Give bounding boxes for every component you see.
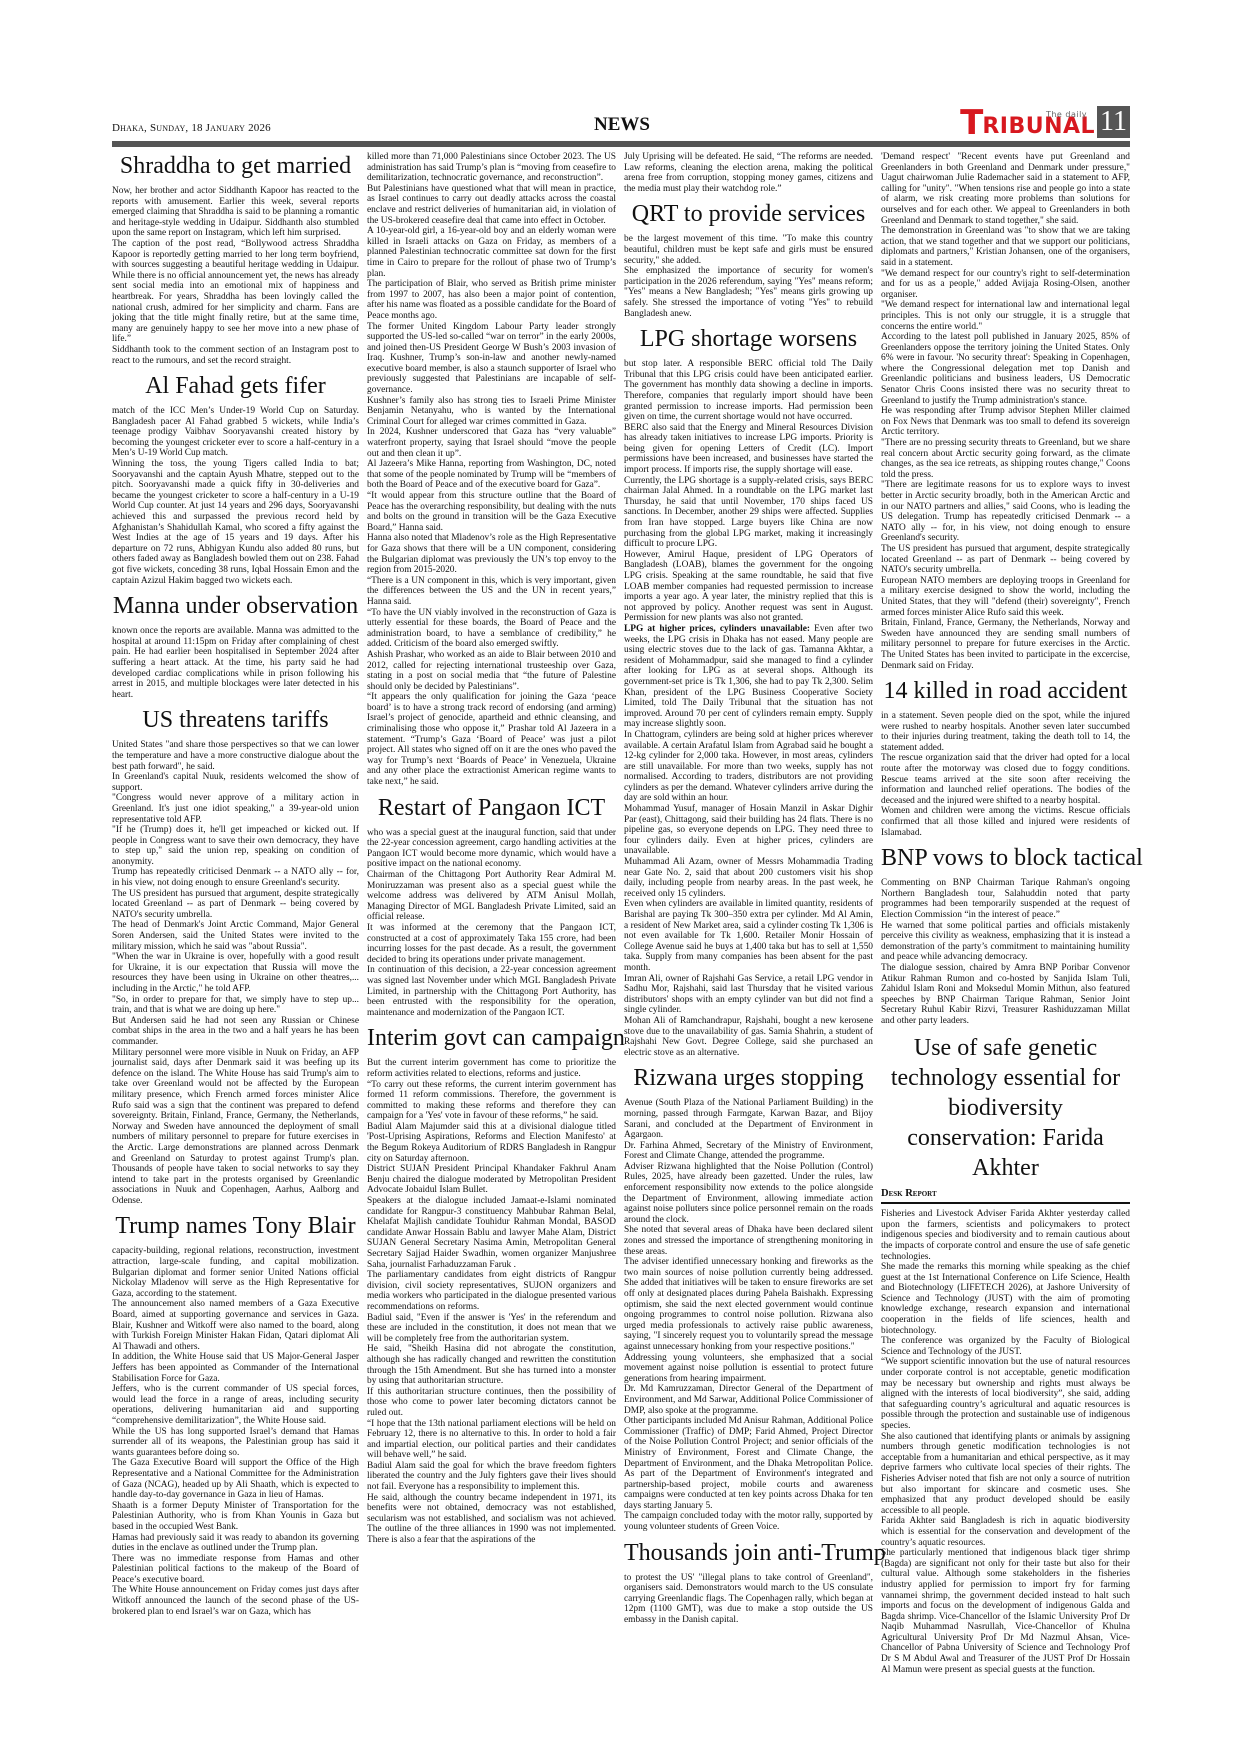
paragraph: The dialogue session, chaired by Amra BN… (881, 963, 1130, 1027)
page-number: 11 (1097, 106, 1130, 138)
paragraph: The caption of the post read, “Bollywood… (112, 239, 359, 345)
logo-tagline: The daily (1046, 104, 1087, 126)
paragraph: to protest the US' "illegal plans to tak… (624, 1573, 873, 1626)
article-body: but stop later. A responsible BERC offic… (624, 359, 873, 624)
paragraph: “To carry out these reforms, the current… (367, 1080, 616, 1122)
paragraph: Speakers at the dialogue included Jamaat… (367, 1196, 616, 1270)
tribunal-logo: T The daily RIBUNAL 11 (960, 104, 1130, 138)
section-title: NEWS (552, 114, 692, 136)
paragraph: Winning the toss, the young Tigers calle… (112, 459, 359, 586)
article-body: be the largest movement of this time. "T… (624, 234, 873, 319)
paragraph: Trump has repeatedly criticised Denmark … (112, 867, 359, 888)
column-3: July Uprising will be defeated. He said,… (624, 152, 873, 1675)
paragraph: She made the remarks this morning while … (881, 1262, 1130, 1336)
paragraph: capacity-building, regional relations, r… (112, 1246, 359, 1299)
headline: Shraddha to get married (112, 152, 359, 180)
logo-wordmark: The daily RIBUNAL (982, 116, 1095, 138)
paragraph: in a statement. Seven people died on the… (881, 711, 1130, 753)
paragraph: “It would appear from this structure out… (367, 491, 616, 533)
paragraph: but stop later. A responsible BERC offic… (624, 359, 873, 423)
headline: LPG shortage worsens (624, 325, 873, 353)
paragraph: The Gaza Executive Board will support th… (112, 1458, 359, 1500)
paragraph: There was no immediate response from Ham… (112, 1554, 359, 1586)
headline: BNP vows to block tactical (881, 844, 1130, 872)
paragraph: She also cautioned that identifying plan… (881, 1432, 1130, 1517)
paragraph: "If he (Trump) does it, he'll get impeac… (112, 825, 359, 867)
paragraph: Kushner’s family also has strong ties to… (367, 396, 616, 428)
paragraph: Other participants included Md Anisur Ra… (624, 1416, 873, 1511)
paragraph: Dr. Md Kamruzzaman, Director General of … (624, 1384, 873, 1416)
headline: 14 killed in road accident (881, 677, 1130, 705)
article-body-continued: July Uprising will be defeated. He said,… (624, 152, 873, 194)
paragraph: The adviser identified unnecessary honki… (624, 1257, 873, 1352)
paragraph: Britain, Finland, France, Germany, the N… (881, 618, 1130, 671)
paragraph: He was responding after Trump advisor St… (881, 406, 1130, 438)
paragraph: Jeffers, who is the current commander of… (112, 1384, 359, 1426)
paragraph: A 10-year-old girl, a 16-year-old boy an… (367, 226, 616, 279)
paragraph: who was a special guest at the inaugural… (367, 828, 616, 870)
paragraph: While the US has long supported Israel’s… (112, 1427, 359, 1459)
paragraph: But Andersen said he had not seen any Ru… (112, 1016, 359, 1048)
paragraph: “To have the UN viably involved in the r… (367, 608, 616, 650)
paragraph: According to the latest poll published i… (881, 332, 1130, 406)
paragraph: United States "and share those perspecti… (112, 740, 359, 772)
paragraph: "We demand respect for our country's rig… (881, 269, 1130, 301)
paragraph: Currently, the LPG shortage is a supply-… (624, 476, 873, 550)
paragraph: "There are legitimate reasons for us to … (881, 480, 1130, 544)
paragraph: Even when cylinders are available in lim… (624, 899, 873, 973)
paragraph: In addition, the White House said that U… (112, 1352, 359, 1384)
paragraph: “I hope that the 13th national parliamen… (367, 1419, 616, 1461)
article-body: Commenting on BNP Chairman Tarique Rahma… (881, 878, 1130, 1026)
paragraph: The rescue organization said that the dr… (881, 753, 1130, 806)
paragraph: “It appears the only qualification for j… (367, 692, 616, 787)
column-4: 'Demand respect' "Recent events have put… (881, 152, 1130, 1675)
paragraph: July Uprising will be defeated. He said,… (624, 152, 873, 194)
article-body-continued: killed more than 71,000 Palestinians sin… (367, 152, 616, 788)
paragraph: Women and children were among the victim… (881, 806, 1130, 838)
paragraph: The participation of Blair, who served a… (367, 279, 616, 321)
paragraph: "Congress would never approve of a milit… (112, 793, 359, 825)
article-body: capacity-building, regional relations, r… (112, 1246, 359, 1617)
headline: Rizwana urges stopping (624, 1064, 873, 1092)
paragraph: “We support scientific innovation but th… (881, 1357, 1130, 1431)
masthead: Dhaka, Sunday, 18 January 2026 NEWS T Th… (112, 104, 1130, 144)
paragraph: In Greenland's capital Nuuk, residents w… (112, 772, 359, 793)
header-rule (112, 141, 1130, 147)
paragraph: European NATO members are deploying troo… (881, 576, 1130, 618)
paragraph: "There are no pressing security threats … (881, 438, 1130, 480)
paragraph: However, Amirul Haque, president of LPG … (624, 550, 873, 624)
paragraph: He said, "Sheikh Hasina did not abrogate… (367, 1344, 616, 1386)
article-body: in a statement. Seven people died on the… (881, 711, 1130, 838)
headline: Use of safe genetic technology essential… (881, 1033, 1130, 1183)
article-body: Fisheries and Livestock Adviser Farida A… (881, 1209, 1130, 1675)
paragraph: The campaign concluded today with the mo… (624, 1511, 873, 1532)
paragraph: The White House announcement on Friday c… (112, 1585, 359, 1617)
headline: Trump names Tony Blair (112, 1212, 359, 1240)
byline: Desk Report (881, 1189, 1130, 1205)
article-body: In Chattogram, cylinders are being sold … (624, 730, 873, 1058)
paragraph: match of the ICC Men’s Under-19 World Cu… (112, 406, 359, 459)
article-body: United States "and share those perspecti… (112, 740, 359, 1206)
headline: Interim govt can campaign (367, 1024, 616, 1052)
paragraph: Shaath is a former Deputy Minister of Tr… (112, 1501, 359, 1533)
article-body: Now, her brother and actor Siddhanth Kap… (112, 186, 359, 366)
paragraph: He said, although the country became ind… (367, 1493, 616, 1546)
paragraph: Ashish Prashar, who worked as an aide to… (367, 650, 616, 692)
paragraph: The demonstration in Greenland was "to s… (881, 226, 1130, 268)
article-body-continued: 'Demand respect' "Recent events have put… (881, 152, 1130, 671)
paragraph: The former United Kingdom Labour Party l… (367, 322, 616, 396)
paragraph: “There is a UN component in this, which … (367, 576, 616, 608)
article-body: known once the reports are available. Ma… (112, 626, 359, 700)
paragraph: The head of Denmark's Joint Arctic Comma… (112, 920, 359, 952)
paragraph: Fisheries and Livestock Adviser Farida A… (881, 1209, 1130, 1262)
logo-first-letter: T (960, 108, 982, 138)
paragraph: The US president has pursued that argume… (881, 544, 1130, 576)
paragraph: Mohammad Yusuf, manager of Hosain Manzil… (624, 804, 873, 857)
paragraph: In 2024, Kushner underscored that Gaza h… (367, 427, 616, 459)
paragraph: 'Demand respect' "Recent events have put… (881, 152, 1130, 226)
column-1: Shraddha to get married Now, her brother… (112, 152, 359, 1675)
subhead: LPG at higher prices, cylinders unavaila… (624, 624, 810, 634)
paragraph: In continuation of this decision, a 22-y… (367, 965, 616, 1018)
paragraph: "When the war in Ukraine is over, hopefu… (112, 952, 359, 994)
paragraph: BERC also said that the Energy and Miner… (624, 423, 873, 476)
paragraph: The US president has pursued that argume… (112, 889, 359, 921)
paragraph: Badiul Alam Majumder said this at a divi… (367, 1122, 616, 1164)
paragraph: Now, her brother and actor Siddhanth Kap… (112, 186, 359, 239)
paragraph: He warned that some political parties an… (881, 921, 1130, 963)
headline: US threatens tariffs (112, 706, 359, 734)
paragraph: Dr. Farhina Ahmed, Secretary of the Mini… (624, 1141, 873, 1162)
paragraph: Imran Ali, owner of Rajshahi Gas Service… (624, 974, 873, 1016)
paragraph: If this authoritarian structure continue… (367, 1387, 616, 1419)
paragraph: Military personnel were more visible in … (112, 1048, 359, 1207)
headline: Manna under observation (112, 592, 359, 620)
headline: Thousands join anti-Trump (624, 1539, 873, 1567)
headline: Restart of Pangaon ICT (367, 794, 616, 822)
article-body: Avenue (South Plaza of the National Parl… (624, 1098, 873, 1532)
paragraph: Al Jazeera’s Mike Hanna, reporting from … (367, 459, 616, 491)
paragraph: "We demand respect for international law… (881, 300, 1130, 332)
paragraph: Badiul Alam said the goal for which the … (367, 1461, 616, 1493)
columns: Shraddha to get married Now, her brother… (112, 152, 1130, 1675)
column-2: killed more than 71,000 Palestinians sin… (367, 152, 616, 1675)
subhead-paragraph: LPG at higher prices, cylinders unavaila… (624, 624, 873, 730)
paragraph: District SUJAN President Principal Khand… (367, 1164, 616, 1196)
paragraph: She emphasized the importance of securit… (624, 266, 873, 319)
paragraph: Siddhanth took to the comment section of… (112, 345, 359, 366)
paragraph: It was informed at the ceremony that the… (367, 923, 616, 965)
paragraph: Avenue (South Plaza of the National Parl… (624, 1098, 873, 1140)
paragraph: "So, in order to prepare for that, we si… (112, 995, 359, 1016)
headline: Al Fahad gets fifer (112, 372, 359, 400)
paragraph: But the current interim government has c… (367, 1058, 616, 1079)
paragraph: But Palestinians have questioned what th… (367, 184, 616, 226)
paragraph: She noted that several areas of Dhaka ha… (624, 1225, 873, 1257)
article-body: match of the ICC Men’s Under-19 World Cu… (112, 406, 359, 586)
paragraph: She particularly mentioned that indigeno… (881, 1548, 1130, 1675)
paragraph: Farida Akhter said Bangladesh is rich in… (881, 1516, 1130, 1548)
article-body: to protest the US' "illegal plans to tak… (624, 1573, 873, 1626)
dateline: Dhaka, Sunday, 18 January 2026 (112, 122, 271, 134)
paragraph: Adviser Rizwana highlighted that the Noi… (624, 1162, 873, 1226)
paragraph: Muhammad Ali Azam, owner of Messrs Moham… (624, 857, 873, 899)
paragraph: killed more than 71,000 Palestinians sin… (367, 152, 616, 184)
article-body: But the current interim government has c… (367, 1058, 616, 1545)
paragraph: The announcement also named members of a… (112, 1299, 359, 1352)
paragraph: Mohan Ali of Ramchandrapur, Rajshahi, bo… (624, 1016, 873, 1058)
paragraph: The conference was organized by the Facu… (881, 1336, 1130, 1357)
paragraph: Chairman of the Chittagong Port Authorit… (367, 870, 616, 923)
paragraph: The parliamentary candidates from eight … (367, 1270, 616, 1312)
paragraph: known once the reports are available. Ma… (112, 626, 359, 700)
paragraph: Addressing young volunteers, she emphasi… (624, 1353, 873, 1385)
paragraph: be the largest movement of this time. "T… (624, 234, 873, 266)
paragraph: Commenting on BNP Chairman Tarique Rahma… (881, 878, 1130, 920)
paragraph: Hamas had previously said it was ready t… (112, 1533, 359, 1554)
headline: QRT to provide services (624, 200, 873, 228)
article-body: who was a special guest at the inaugural… (367, 828, 616, 1019)
paragraph: Badiul said, "Even if the answer is 'Yes… (367, 1313, 616, 1345)
paragraph: Hanna also noted that Mladenov’s role as… (367, 533, 616, 575)
paragraph: In Chattogram, cylinders are being sold … (624, 730, 873, 804)
